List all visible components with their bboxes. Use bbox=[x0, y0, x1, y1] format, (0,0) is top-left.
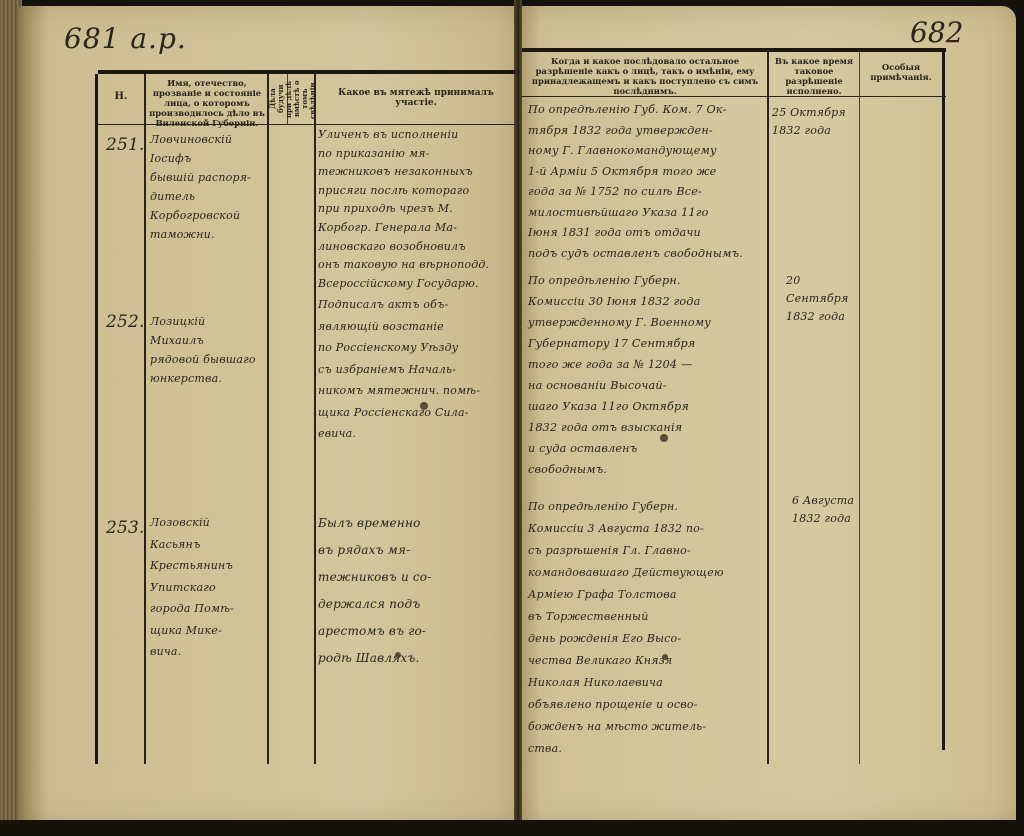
binding-hole bbox=[660, 434, 668, 442]
header-executed-when: Въ какое время таковое разрѣшеніе исполн… bbox=[770, 56, 858, 96]
entry-participation: Подписалъ актъ объ- являющій возстаніе п… bbox=[318, 294, 518, 445]
header-top-rule-right bbox=[522, 48, 946, 52]
entry-person: Ловчиновскій Іосифъ бывшій распоря- дите… bbox=[150, 130, 266, 244]
col-rule-1 bbox=[144, 74, 146, 764]
header-resolution: Когда и какое послѣдовало остальное разр… bbox=[524, 56, 766, 96]
header-number: Н. bbox=[100, 92, 142, 102]
folio-number-right: 682 bbox=[910, 16, 963, 49]
binding-hole bbox=[662, 654, 668, 660]
entry-person: Лозицкій Михаилъ рядовой бывшаго юнкерст… bbox=[150, 312, 266, 388]
entry-resolution: По опредѣленію Губ. Ком. 7 Ок- тября 183… bbox=[528, 100, 768, 264]
entry-participation: Былъ временно въ рядахъ мя- тежниковъ и … bbox=[318, 510, 518, 672]
header-participation: Какое въ мятежѣ принималъ участіе. bbox=[318, 88, 514, 108]
right-border-rule bbox=[942, 48, 945, 750]
header-top-rule bbox=[98, 70, 516, 74]
entry-participation: Уличенъ въ исполненіи по приказанію мя- … bbox=[318, 126, 518, 293]
entry-executed-date: 6 Августа 1832 года bbox=[792, 492, 858, 528]
binding-hole bbox=[420, 402, 428, 410]
entry-executed-date: 25 Октября 1832 года bbox=[772, 104, 858, 140]
header-bottom-rule-right bbox=[522, 96, 946, 97]
entry-person: Лозовскій Касьянъ Крестьянинъ Упитскаго … bbox=[150, 512, 266, 663]
entry-executed-date: 20 Сентября 1832 года bbox=[786, 272, 858, 326]
book-bottom-edge bbox=[0, 820, 1024, 836]
ledger-spread: 681 а.р. 682 Н. Имя, отечество, прозвані… bbox=[0, 0, 1024, 836]
binding-hole bbox=[395, 652, 401, 658]
header-name: Имя, отечество, прозваніе и состояніе ли… bbox=[148, 78, 266, 128]
header-remarks: Особыя примѣчанія. bbox=[862, 62, 940, 82]
left-border-rule bbox=[95, 74, 98, 764]
col-rule-4 bbox=[314, 74, 316, 764]
entry-number: 252. bbox=[106, 312, 145, 332]
header-vertical: Дѣла будучи при дѣлѣ вмѣстѣ о томъ свѣдѣ… bbox=[269, 76, 311, 122]
folio-number-left: 681 а.р. bbox=[64, 22, 187, 55]
entry-number: 253. bbox=[106, 518, 145, 538]
entry-number: 251. bbox=[106, 135, 145, 155]
entry-resolution: По опредѣленію Губерн. Комиссіи 3 Август… bbox=[528, 496, 768, 760]
col-rule-2 bbox=[267, 74, 269, 764]
entry-resolution: По опредѣленію Губерн. Комиссіи 30 Іюня … bbox=[528, 270, 768, 480]
col-rule-6 bbox=[859, 52, 860, 764]
